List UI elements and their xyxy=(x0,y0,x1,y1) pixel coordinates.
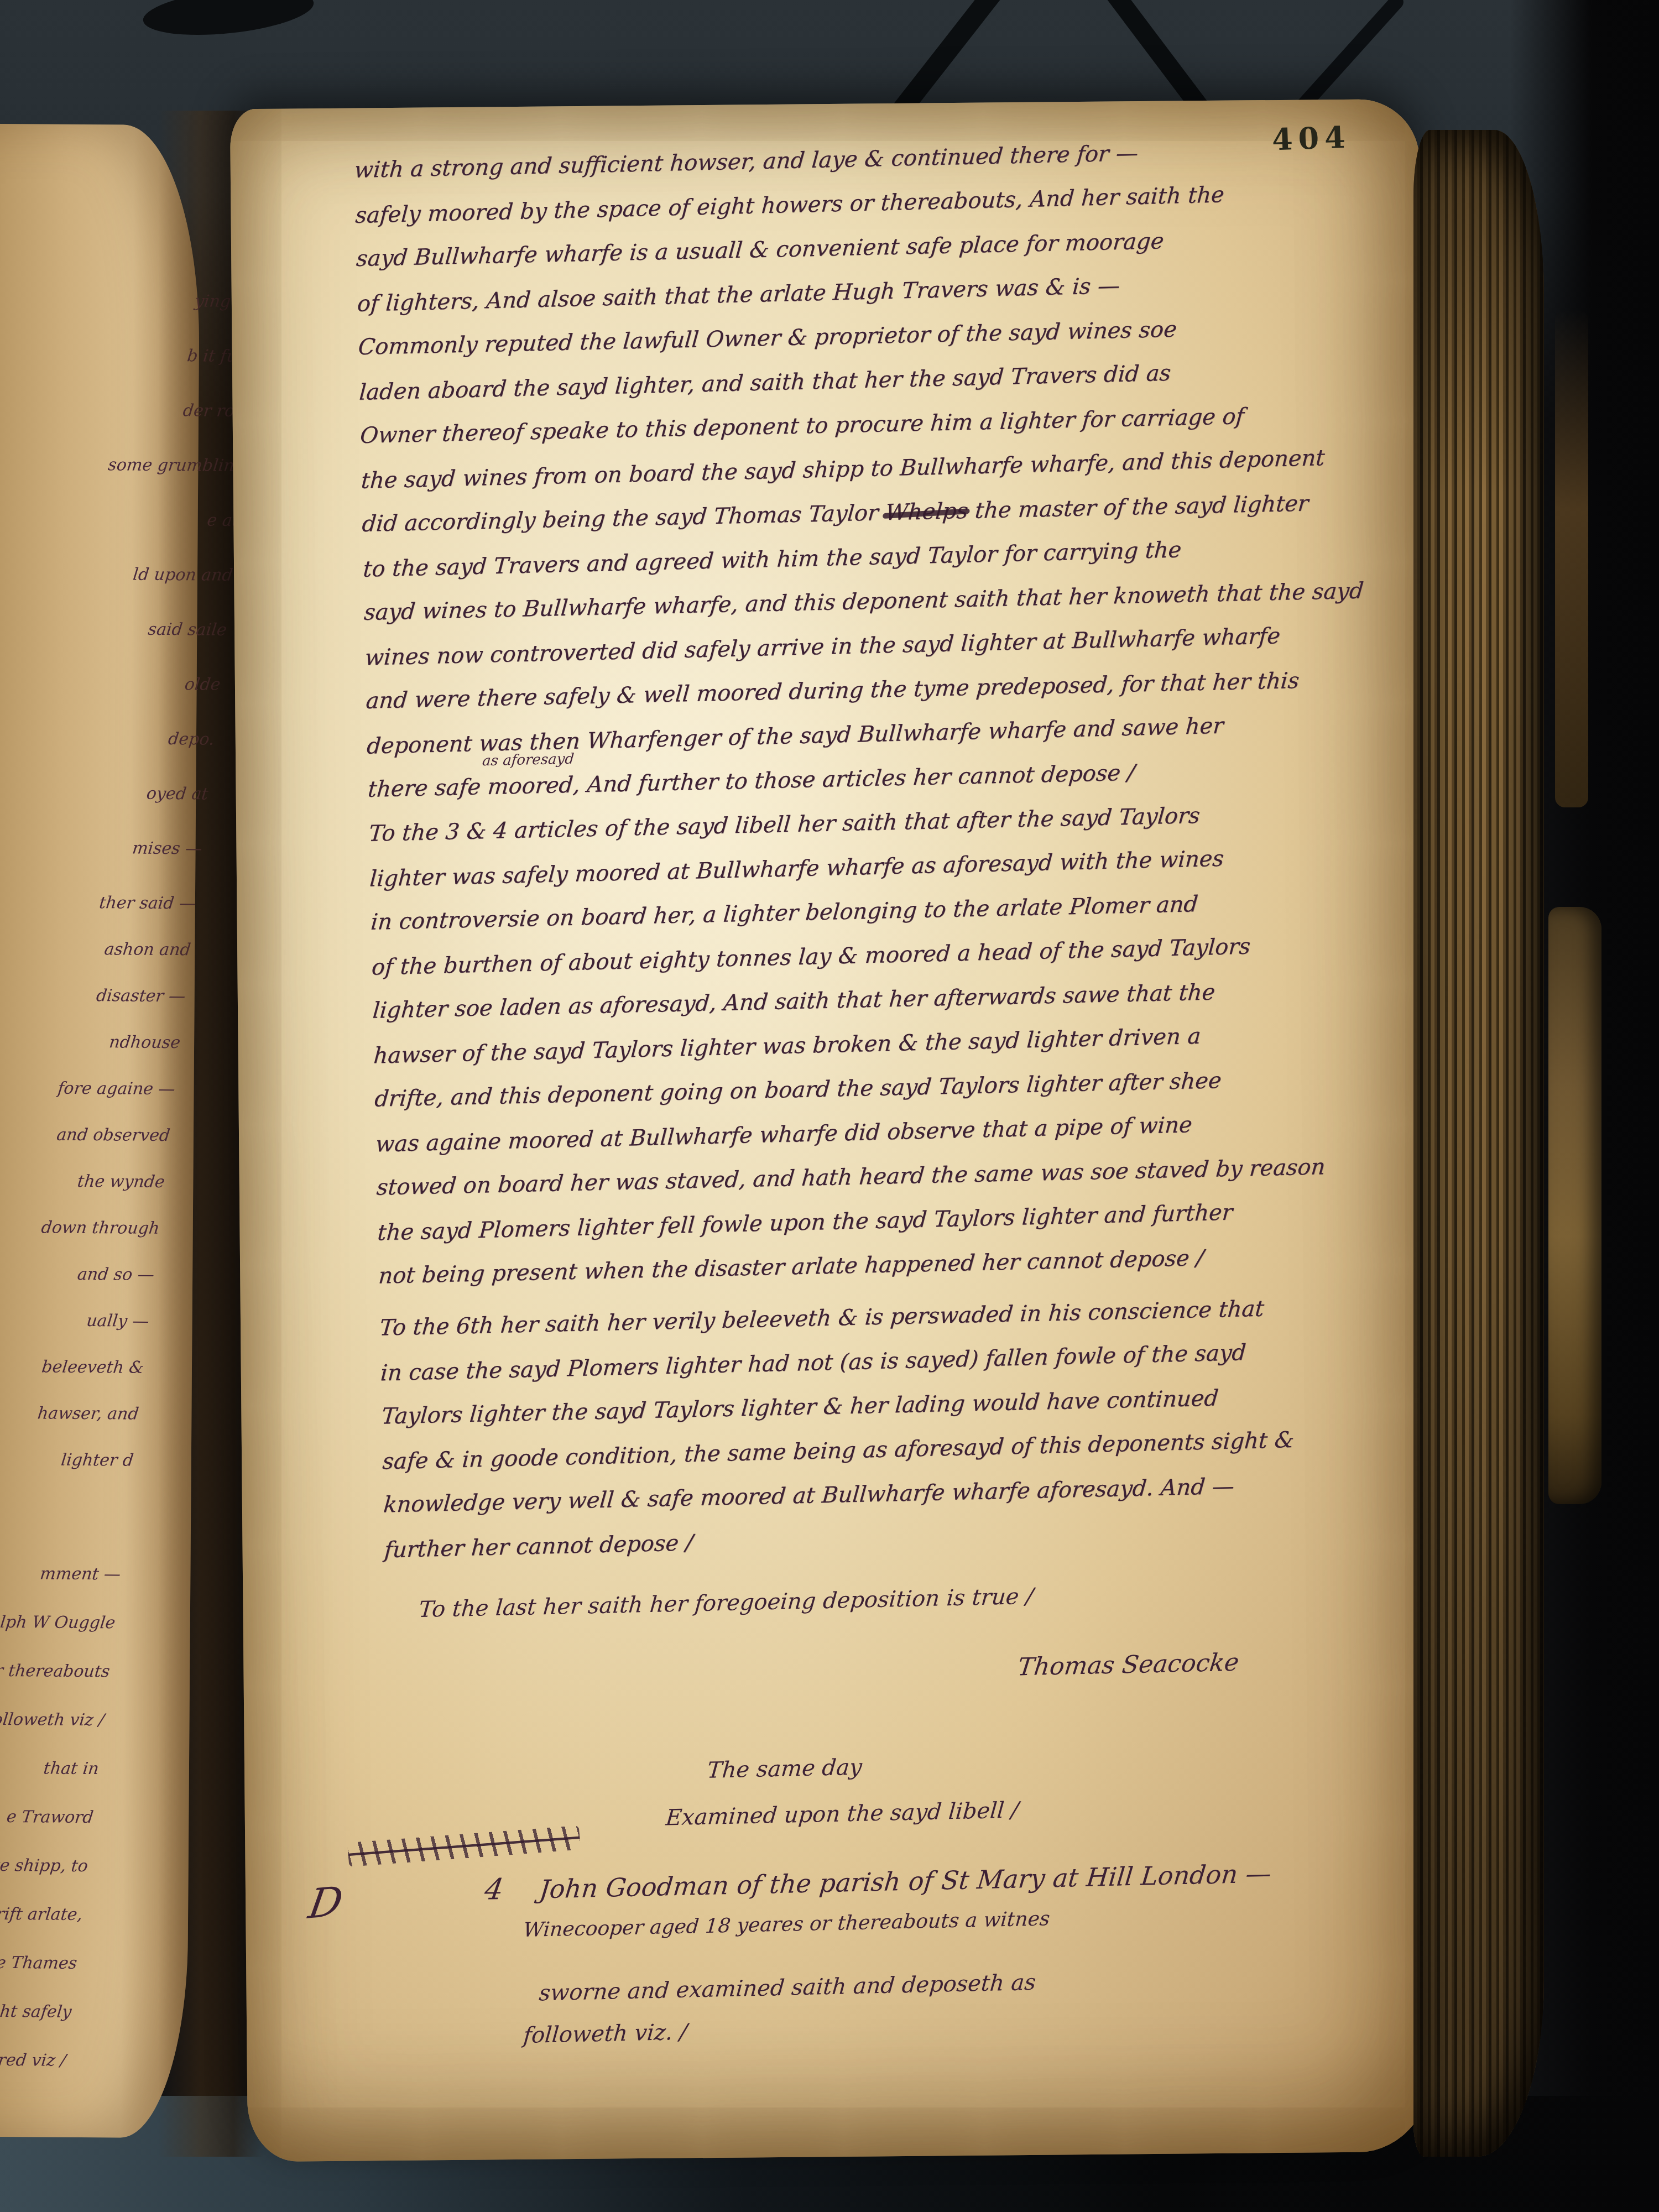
text-fragment: and so — xyxy=(0,1251,157,1298)
text-fragment: lighter d xyxy=(0,1436,136,1484)
text-fragment: mment — xyxy=(0,1549,123,1599)
text-fragment: fore againe — xyxy=(0,1065,178,1113)
text-fragment: lph W Ouggle xyxy=(0,1598,118,1647)
page-block-edge-streak xyxy=(1555,310,1588,807)
witness-number: 4 xyxy=(482,1873,505,1907)
text-fragment: beleeveth & xyxy=(0,1344,147,1391)
deposition-section-2: To the 3 & 4 articles of the sayd libell… xyxy=(368,790,1369,1298)
text-fragment: ndhouse xyxy=(0,1019,183,1066)
text-fragment: tale Thames xyxy=(0,1938,80,1988)
closing-attestation-line: To the last her saith her foregoeing dep… xyxy=(384,1569,1377,1630)
deposition-section-3: To the 6th her saith her verily beleevet… xyxy=(379,1284,1375,1571)
deposition-text: with a strong and sufficient howser, and… xyxy=(354,127,1385,2060)
fragment-group-bottom: mment —lph W Ougglell or thereaboutsfoll… xyxy=(0,1549,123,2085)
interlined-correction: as aforesayd xyxy=(482,751,575,770)
text-fragment: ll or thereabouts xyxy=(0,1646,112,1696)
text-fragment: brought safely xyxy=(0,1987,74,2037)
page-block-fore-edge xyxy=(1413,130,1544,2157)
text-fragment: that in xyxy=(0,1744,102,1793)
text-fragment: safely moored viz / xyxy=(0,2036,69,2085)
struck-word: Whelps xyxy=(884,498,969,525)
text-fragment: drift arlate, xyxy=(0,1890,85,1939)
text-fragment: followeth viz / xyxy=(0,1695,107,1745)
deponent-signature: Thomas Seacocke xyxy=(385,1640,1379,1700)
text-fragment: arlate shipp, to xyxy=(0,1841,91,1891)
text-fragment: hawser, and xyxy=(0,1390,141,1437)
text-fragment: the wynde xyxy=(0,1158,167,1206)
text-fragment: ually — xyxy=(0,1297,152,1345)
manuscript-photo: ose:ying outb it fullyder rotesome grumb… xyxy=(0,0,1659,2212)
text-fragment: and observed xyxy=(0,1112,173,1159)
deposition-section-1: with a strong and sufficient howser, and… xyxy=(354,127,1358,812)
text-fragment: e Traword xyxy=(0,1792,96,1842)
page-block-edge-band xyxy=(1548,907,1601,1504)
text-fragment: down through xyxy=(0,1204,162,1252)
